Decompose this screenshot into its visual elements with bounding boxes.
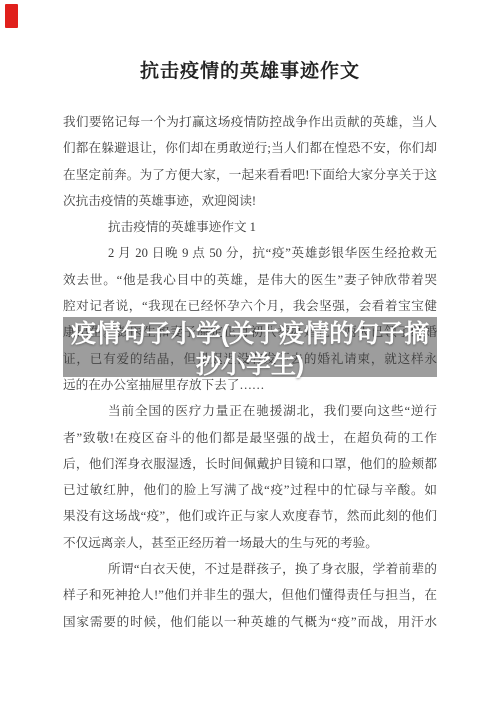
text-line: 们都在躲避退让，你们却在勇敢逆行;当人们都在惶恐不安，你们却 xyxy=(63,135,437,161)
overlay-title: 疫情句子小学(关于疫情的句子摘抄小学生) xyxy=(63,317,437,381)
text-line: 2 月 20 日晚 9 点 50 分，抗“疫”英雄彭银华医生经抢救无 xyxy=(63,240,437,266)
page: 抗击疫情的英雄事迹作文 我们要铭记每一个为打赢这场疫情防控战争作出贡献的英雄，当… xyxy=(0,0,500,706)
page-title: 抗击疫情的英雄事迹作文 xyxy=(0,58,500,86)
text-line: 效去世。“他是我心目中的英雄，是伟大的医生”妻子钟欣带着哭 xyxy=(63,267,437,293)
text-line: 者”致敬!在疫区奋斗的他们都是最坚强的战士，在超负荷的工作 xyxy=(63,425,437,451)
text-line: 我们要铭记每一个为打赢这场疫情防控战争作出贡献的英雄，当人 xyxy=(63,109,437,135)
text-line: 当前全国的医疗力量正在驰援湖北，我们要向这些“逆行 xyxy=(63,398,437,424)
text-line: 在坚定前奔。为了方便大家，一起来看看吧!下面给大家分享关于这 xyxy=(63,162,437,188)
corner-badge xyxy=(5,4,18,28)
text-line: 样子和死神抢人!”他们并非生的强大，但他们懂得责任与担当，在 xyxy=(63,582,437,608)
text-line: 抗击疫情的英雄事迹作文 1 xyxy=(63,214,437,240)
overlay-banner: 疫情句子小学(关于疫情的句子摘抄小学生) xyxy=(63,317,437,377)
text-line: 所谓“白衣天使，不过是群孩子，换了身衣服，学着前辈的 xyxy=(63,556,437,582)
text-line: 腔对记者说，“我现在已经怀孕六个月，我会坚强，会看着宝宝健 xyxy=(63,293,437,319)
text-line: 果没有这场战“疫”，他们或许正与家人欢度春节，然而此刻的他们 xyxy=(63,503,437,529)
text-line: 后，他们浑身衣服湿透，长时间佩戴护目镜和口罩，他们的脸颊都 xyxy=(63,451,437,477)
text-line: 不仅远离亲人，甚至正经历着一场最大的生与死的考验。 xyxy=(63,530,437,556)
text-line: 国家需要的时候，他们能以一种英雄的气概为“疫”而战，用汗水 xyxy=(63,609,437,635)
text-line: 已过敏红肿，他们的脸上写满了战“疫”过程中的忙碌与辛酸。如 xyxy=(63,477,437,503)
text-line: 次抗击疫情的英雄事迹，欢迎阅读! xyxy=(63,188,437,214)
